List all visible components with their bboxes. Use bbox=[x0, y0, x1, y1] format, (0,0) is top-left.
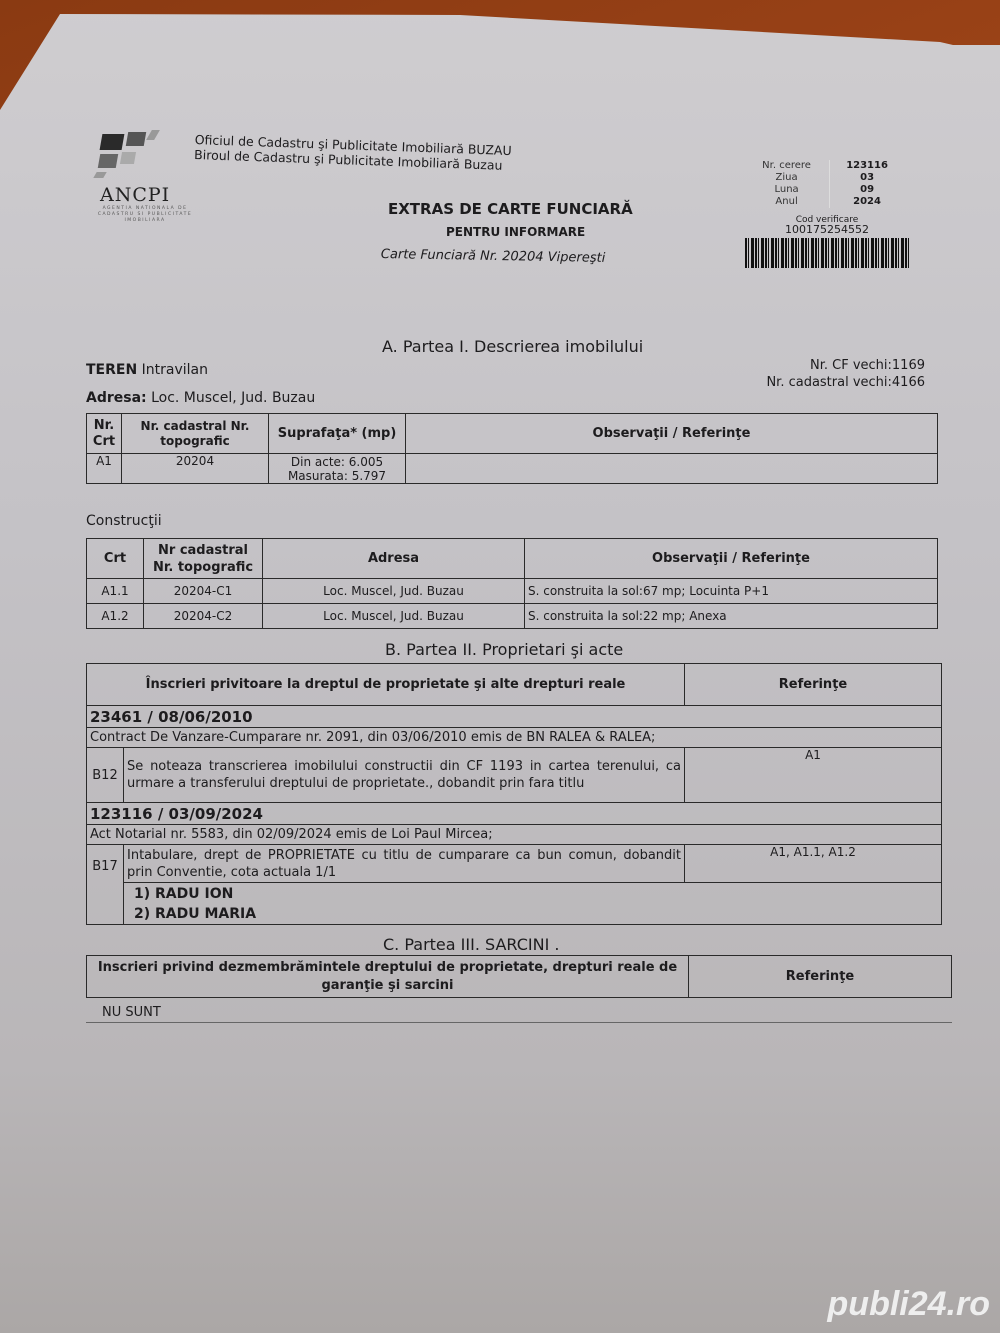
entry-act: Contract De Vanzare-Cumparare nr. 2091, … bbox=[87, 728, 942, 748]
entry-number-date: 123116 / 03/09/2024 bbox=[87, 803, 942, 825]
area-from-acts: Din acte: 6.005 bbox=[272, 455, 402, 469]
entry-act: Act Notarial nr. 5583, din 02/09/2024 em… bbox=[87, 825, 942, 845]
entry-act-row: Act Notarial nr. 5583, din 02/09/2024 em… bbox=[87, 825, 942, 845]
col-header: Observaţii / Referinţe bbox=[525, 539, 938, 579]
logo-title: ANCPI bbox=[100, 184, 170, 206]
request-value: 123116 bbox=[830, 160, 904, 172]
request-label: Nr. cerere bbox=[744, 160, 830, 172]
request-row: Luna09 bbox=[744, 184, 904, 196]
col-header: Suprafaţa* (mp) bbox=[269, 414, 406, 454]
verification-code: Cod verificare 100175254552 bbox=[762, 215, 892, 235]
request-row: Nr. cerere123116 bbox=[744, 160, 904, 172]
constructions-table: Crt Nr cadastral Nr. topografic Adresa O… bbox=[86, 538, 938, 629]
cell-observatii: S. construita la sol:67 mp; Locuinta P+1 bbox=[525, 579, 938, 604]
entry-act-row: Contract De Vanzare-Cumparare nr. 2091, … bbox=[87, 728, 942, 748]
col-header: Inscrieri privind dezmembrămintele drept… bbox=[87, 956, 689, 998]
entry-detail-row: B17 Intabulare, drept de PROPRIETATE cu … bbox=[87, 845, 942, 883]
old-references: Nr. CF vechi:1169 Nr. cadastral vechi:41… bbox=[720, 357, 925, 391]
address-label: Adresa: bbox=[86, 390, 147, 406]
entry-refs: A1 bbox=[685, 748, 942, 803]
request-value: 03 bbox=[830, 172, 904, 184]
entry-code: B12 bbox=[87, 748, 124, 803]
owner: 1) RADU ION bbox=[134, 884, 938, 904]
entry-number-date: 23461 / 08/06/2010 bbox=[87, 706, 942, 728]
entry-text: Se noteaza transcrierea imobilului const… bbox=[124, 748, 685, 803]
request-row: Ziua03 bbox=[744, 172, 904, 184]
table-row: A1.2 20204-C2 Loc. Muscel, Jud. Buzau S.… bbox=[87, 604, 938, 629]
request-value: 2024 bbox=[830, 196, 904, 208]
col-header: Crt bbox=[87, 539, 144, 579]
col-header: Nr. Crt bbox=[87, 414, 122, 454]
document: ANCPI AGENTIA NATIONALA DE CADASTRU SI P… bbox=[0, 0, 1000, 1333]
logo-subtitle: AGENTIA NATIONALA DE CADASTRU SI PUBLICI… bbox=[90, 206, 200, 224]
col-header: Adresa bbox=[263, 539, 525, 579]
land-type-rest: Intravilan bbox=[137, 362, 208, 378]
entry-refs: A1, A1.1, A1.2 bbox=[685, 845, 942, 883]
owners-list: 1) RADU ION 2) RADU MARIA bbox=[124, 883, 942, 925]
col-header: Înscrieri privitoare la dreptul de propr… bbox=[87, 664, 685, 706]
document-subtitle: PENTRU INFORMARE bbox=[446, 225, 585, 239]
cell-observatii bbox=[406, 454, 938, 484]
cell-cadastral: 20204-C2 bbox=[144, 604, 263, 629]
office-block: Oficiul de Cadastru şi Publicitate Imobi… bbox=[194, 132, 512, 173]
request-label: Anul bbox=[744, 196, 830, 208]
encumbrances-value: NU SUNT bbox=[86, 1003, 952, 1023]
cell-adresa: Loc. Muscel, Jud. Buzau bbox=[263, 604, 525, 629]
document-title: EXTRAS DE CARTE FUNCIARĂ bbox=[388, 200, 633, 218]
entry-header-row: 123116 / 03/09/2024 bbox=[87, 803, 942, 825]
barcode-icon bbox=[745, 238, 910, 268]
old-cf-number: Nr. CF vechi:1169 bbox=[720, 357, 925, 374]
cell-adresa: Loc. Muscel, Jud. Buzau bbox=[263, 579, 525, 604]
request-value: 09 bbox=[830, 184, 904, 196]
request-box: Nr. cerere123116 Ziua03 Luna09 Anul2024 bbox=[744, 160, 909, 208]
verification-code-value: 100175254552 bbox=[762, 225, 892, 235]
ownership-table: Înscrieri privitoare la dreptul de propr… bbox=[86, 663, 942, 925]
old-cadastral-number: Nr. cadastral vechi:4166 bbox=[720, 374, 925, 391]
cell-suprafata: Din acte: 6.005 Masurata: 5.797 bbox=[269, 454, 406, 484]
entry-header-row: 23461 / 08/06/2010 bbox=[87, 706, 942, 728]
address: Adresa: Loc. Muscel, Jud. Buzau bbox=[86, 390, 315, 406]
table-row: A1.1 20204-C1 Loc. Muscel, Jud. Buzau S.… bbox=[87, 579, 938, 604]
cell-crt: A1.2 bbox=[87, 604, 144, 629]
request-label: Luna bbox=[744, 184, 830, 196]
land-table: Nr. Crt Nr. cadastral Nr. topografic Sup… bbox=[86, 413, 938, 484]
entry-detail-row: B12 Se noteaza transcrierea imobilului c… bbox=[87, 748, 942, 803]
cell-cadastral: 20204 bbox=[122, 454, 269, 484]
cell-observatii: S. construita la sol:22 mp; Anexa bbox=[525, 604, 938, 629]
cell-crt: A1.1 bbox=[87, 579, 144, 604]
section-b-heading: B. Partea II. Proprietari şi acte bbox=[385, 640, 623, 659]
request-label: Ziua bbox=[744, 172, 830, 184]
address-value: Loc. Muscel, Jud. Buzau bbox=[147, 390, 316, 406]
table-row: A1 20204 Din acte: 6.005 Masurata: 5.797 bbox=[87, 454, 938, 484]
constructions-heading: Construcţii bbox=[86, 513, 162, 529]
request-row: Anul2024 bbox=[744, 196, 904, 208]
section-a-heading: A. Partea I. Descrierea imobilului bbox=[382, 337, 643, 356]
col-header: Referinţe bbox=[689, 956, 952, 998]
watermark: publi24.ro bbox=[828, 1285, 990, 1324]
cell-crt: A1 bbox=[87, 454, 122, 484]
entry-text: Intabulare, drept de PROPRIETATE cu titl… bbox=[124, 845, 685, 883]
carte-funciara-number: Carte Funciară Nr. 20204 Vipereşti bbox=[381, 247, 606, 266]
entry-code: B17 bbox=[87, 845, 124, 925]
col-header: Nr cadastral Nr. topografic bbox=[144, 539, 263, 579]
col-header: Referinţe bbox=[685, 664, 942, 706]
owner: 2) RADU MARIA bbox=[134, 904, 938, 924]
area-measured: Masurata: 5.797 bbox=[272, 469, 402, 483]
encumbrances-table: Inscrieri privind dezmembrămintele drept… bbox=[86, 955, 952, 998]
section-c-heading: C. Partea III. SARCINI . bbox=[383, 935, 559, 954]
cell-cadastral: 20204-C1 bbox=[144, 579, 263, 604]
land-type-bold: TEREN bbox=[86, 362, 137, 378]
col-header: Observaţii / Referinţe bbox=[406, 414, 938, 454]
land-type: TEREN Intravilan bbox=[86, 362, 208, 378]
col-header: Nr. cadastral Nr. topografic bbox=[122, 414, 269, 454]
owners-row: 1) RADU ION 2) RADU MARIA bbox=[87, 883, 942, 925]
